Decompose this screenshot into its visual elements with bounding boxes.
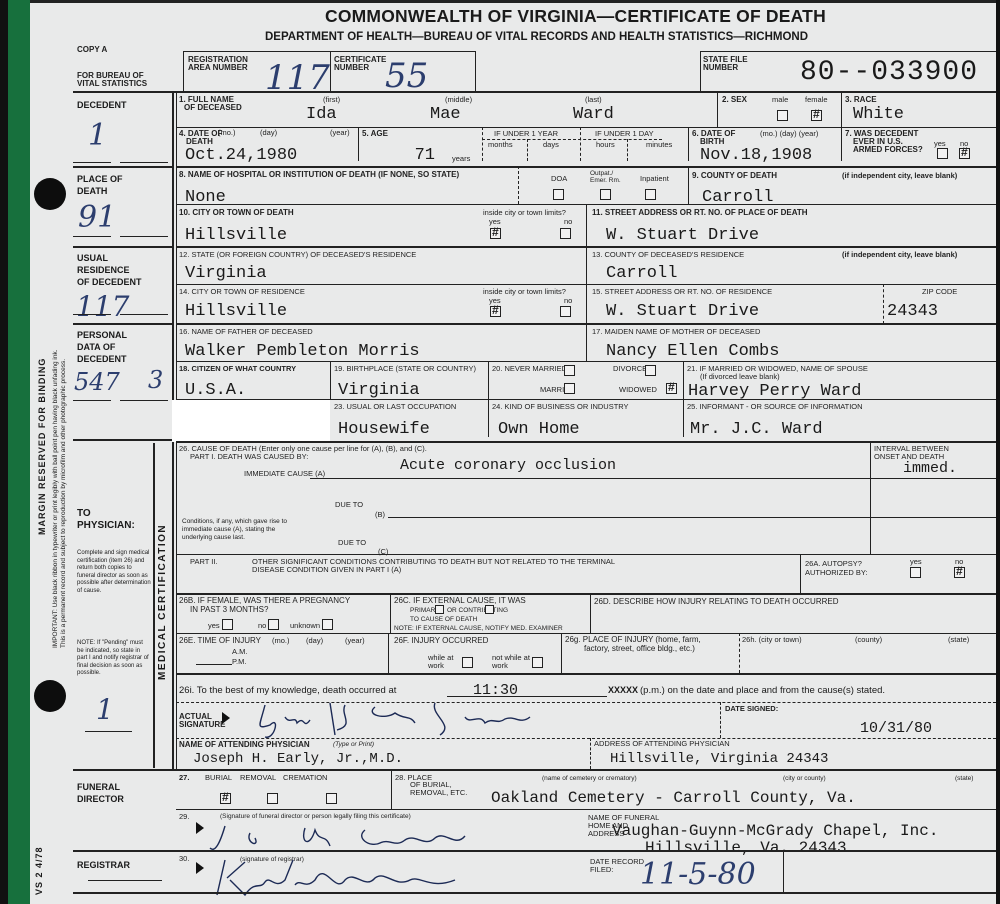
race-value: White [853, 105, 904, 124]
informant-label: 25. INFORMANT - OR SOURCE OF INFORMATION [687, 403, 863, 411]
birthplace-value: Virginia [338, 381, 420, 400]
physician-address: Hillsville, Virginia 24343 [610, 751, 828, 767]
certificate-number-label-2: NUMBER [334, 63, 369, 72]
residence-street-label: 15. STREET ADDRESS OR RT. NO. OF RESIDEN… [592, 288, 772, 296]
important-notice-1: IMPORTANT: Use black ribbon in typewrite… [52, 349, 59, 648]
injury-day-label: (day) [306, 637, 323, 645]
married-checkbox[interactable] [564, 383, 575, 394]
certificate-subtitle: DEPARTMENT OF HEALTH—BUREAU OF VITAL REC… [265, 31, 808, 43]
director-sig-num: 29. [179, 813, 189, 821]
primary-checkbox[interactable] [435, 605, 444, 614]
death-limits-label: inside city or town limits? [483, 209, 566, 217]
race-label: 3. RACE [845, 95, 877, 104]
cemetery-note: (name of cemetery or crematory) [542, 775, 637, 783]
days-label: days [543, 141, 559, 149]
section-usual-residence-3: OF DECEDENT [77, 276, 142, 288]
city-of-death-label: 10. CITY OR TOWN OF DEATH [179, 208, 294, 217]
section-funeral-director: FUNERAL [77, 781, 120, 793]
residence-state-label: 12. STATE (OR FOREIGN COUNTRY) OF DECEAS… [179, 251, 416, 259]
section-usual-residence: USUAL [77, 252, 108, 264]
physician-instructions: Complete and sign medical certification … [77, 550, 151, 595]
registrar-arrow-icon [196, 862, 204, 874]
part2-text-2: DISEASE CONDITION GIVEN IN PART I (A) [252, 566, 401, 574]
immediate-cause-label: IMMEDIATE CAUSE (A) [244, 470, 325, 478]
scan-edge [0, 0, 8, 904]
residence-limits-yes-checkbox[interactable] [490, 306, 501, 317]
pregnancy-unknown-checkbox[interactable] [322, 619, 333, 630]
residence-state: Virginia [185, 264, 267, 283]
place-of-injury-label: 26g. PLACE OF INJURY (home, farm, [565, 636, 701, 644]
state-note: (state) [955, 775, 973, 783]
residence-county-note: (if independent city, leave blank) [842, 251, 957, 259]
widowed-label: WIDOWED [619, 386, 657, 394]
section-decedent: DECEDENT [77, 99, 127, 111]
autopsy-no-checkbox[interactable] [954, 567, 965, 578]
registrar-num: 30. [179, 855, 189, 863]
occupation-label: 23. USUAL OR LAST OCCUPATION [334, 403, 456, 411]
removal-checkbox[interactable] [267, 793, 278, 804]
autopsy-authorized-label: AUTHORIZED BY: [805, 569, 868, 577]
doa-checkbox[interactable] [553, 189, 564, 200]
middle-name: Mae [430, 105, 461, 124]
ssn-redaction [172, 400, 330, 442]
occupation-value: Housewife [338, 420, 430, 439]
date-of-death-label-2: DEATH [186, 137, 213, 146]
personal-code-b: 3 [148, 366, 163, 394]
director-arrow-icon [196, 822, 204, 834]
minutes-label: minutes [646, 141, 672, 149]
pregnancy-yes-label: yes [208, 622, 220, 630]
external-note: NOTE: IF EXTERNAL CAUSE, NOTIFY MED. EXA… [394, 625, 563, 633]
section-funeral-director-2: DIRECTOR [77, 793, 124, 805]
place-of-injury-label-2: factory, street, office bldg., etc.) [584, 645, 695, 653]
part1-label: PART I. DEATH WAS CAUSED BY: [190, 453, 308, 461]
state-file-label-2: NUMBER [703, 63, 738, 72]
due-to-c-label: DUE TO [338, 539, 366, 547]
middle-name-label: (middle) [445, 96, 472, 104]
burial-place: Oakland Cemetery - Carroll County, Va. [491, 789, 856, 807]
first-name-label: (first) [323, 96, 340, 104]
zip-label: ZIP CODE [922, 288, 957, 296]
section-usual-residence-2: RESIDENCE [77, 264, 130, 276]
am-label: A.M. [232, 648, 247, 656]
conditions-note: Conditions, if any, which gave rise to i… [182, 518, 292, 542]
residence-code: 117 [76, 290, 129, 323]
certificate-title: COMMONWEALTH OF VIRGINIA—CERTIFICATE OF … [325, 6, 826, 27]
business-value: Own Home [498, 420, 580, 439]
citizen-value: U.S.A. [185, 381, 246, 400]
dod-day-label: (day) [260, 129, 277, 137]
never-married-checkbox[interactable] [564, 365, 575, 376]
pregnancy-yes-checkbox[interactable] [222, 619, 233, 630]
death-certificate: COMMONWEALTH OF VIRGINIA—CERTIFICATE OF … [0, 0, 1000, 904]
personal-code-a: 547 [74, 368, 120, 396]
injury-year-label: (year) [345, 637, 365, 645]
residence-limits-no-label: no [564, 297, 572, 305]
mother-label: 17. MAIDEN NAME OF MOTHER OF DECEASED [592, 328, 760, 336]
decedent-code: 1 [88, 118, 107, 153]
outpatient-label: Outpat./ Emer. Rm. [590, 170, 630, 184]
interval-a-value: immed. [903, 460, 957, 477]
cremation-checkbox[interactable] [326, 793, 337, 804]
to-physician-label: TO [77, 508, 91, 520]
physician-signature [235, 695, 635, 740]
date-filed-label-2: FILED: [590, 866, 613, 874]
dod-year-label: (year) [330, 129, 350, 137]
street-of-death: W. Stuart Drive [606, 226, 759, 245]
actual-signature-label-2: SIGNATURE [179, 720, 226, 729]
armed-forces-yes-checkbox[interactable] [937, 148, 948, 159]
pending-note: NOTE: If "Pending" must be indicated, so… [77, 640, 151, 678]
citizen-label: 18. CITIZEN OF WHAT COUNTRY [179, 365, 296, 373]
date-of-birth-label-2: BIRTH [700, 137, 724, 146]
city-county-note: (city or county) [783, 775, 826, 783]
mother-name: Nancy Ellen Combs [606, 342, 779, 361]
injury-state-label: (state) [948, 636, 969, 644]
months-label: months [488, 141, 513, 149]
signature-arrow-icon [222, 712, 230, 724]
date-of-birth: Nov.18,1908 [700, 146, 812, 165]
residence-city: Hillsville [185, 302, 287, 321]
armed-forces-label-3: ARMED FORCES? [853, 145, 923, 154]
scan-edge-right [996, 0, 1000, 904]
residence-limits-no-checkbox[interactable] [560, 306, 571, 317]
county-of-death-label: 9. COUNTY OF DEATH [692, 171, 777, 180]
punch-hole-top [34, 178, 66, 210]
informant-value: Mr. J.C. Ward [690, 420, 823, 439]
years-label: years [452, 155, 470, 163]
section-personal-data-2: DATA OF [77, 341, 115, 353]
death-limits-no-checkbox[interactable] [560, 228, 571, 239]
part2-label: PART II. [190, 558, 218, 566]
describe-injury-label: 26d. DESCRIBE HOW INJURY RELATING TO DEA… [594, 598, 838, 606]
external-cause-label: 26c. IF EXTERNAL CAUSE, IT WAS [394, 597, 526, 605]
form-code: VS 2 4/78 [34, 846, 44, 895]
hospital-label: 8. NAME OF HOSPITAL OR INSTITUTION OF DE… [179, 170, 459, 179]
dob-units-label: (mo.) (day) (year) [760, 130, 818, 138]
male-label: male [772, 96, 788, 104]
residence-county-label: 13. COUNTY OF DECEASED'S RESIDENCE [592, 251, 744, 259]
section-registrar: REGISTRAR [77, 859, 130, 871]
place-burial-label-3: REMOVAL, ETC. [410, 789, 467, 797]
vital-stats-label: VITAL STATISTICS [77, 79, 147, 88]
top-edge [0, 0, 1000, 3]
section-place-of-death-2: DEATH [77, 185, 107, 197]
last-name-label: (last) [585, 96, 602, 104]
place-code: 91 [78, 200, 116, 235]
funeral-home-name: Vaughan-Guynn-McGrady Chapel, Inc. [612, 822, 938, 840]
under-1-year-label: IF UNDER 1 YEAR [494, 130, 558, 138]
outpatient-checkbox[interactable] [600, 189, 611, 200]
not-while-at-work-checkbox[interactable] [532, 657, 543, 668]
time-of-injury-label: 26e. TIME OF INJURY [179, 637, 261, 645]
physician-name-label: NAME OF ATTENDING PHYSICIAN [179, 740, 310, 749]
pregnancy-label-2: IN PAST 3 MONTHS? [190, 606, 268, 614]
physician-code: 1 [96, 693, 114, 726]
physician-name: Joseph H. Early, Jr.,M.D. [193, 751, 403, 767]
doa-label: DOA [551, 175, 567, 183]
hours-label: hours [596, 141, 615, 149]
city-of-death: Hillsville [185, 226, 287, 245]
section-personal-data: PERSONAL [77, 329, 127, 341]
autopsy-yes-label: yes [910, 558, 922, 566]
age-label: 5. AGE [362, 129, 388, 138]
section-personal-data-3: DECEDENT [77, 353, 127, 365]
pregnancy-no-checkbox[interactable] [268, 619, 279, 630]
injury-county-label: (county) [855, 636, 882, 644]
injury-occurred-label: 26f. INJURY OCCURRED [394, 637, 488, 645]
pm-statement: (p.m.) on the date and place and from th… [640, 685, 885, 696]
widowed-checkbox[interactable] [666, 383, 677, 394]
funeral-home-address: Hillsville, Va. 24343 [645, 839, 847, 857]
sex-male-checkbox[interactable] [777, 110, 788, 121]
physician-address-label: ADDRESS OF ATTENDING PHYSICIAN [594, 740, 730, 748]
medical-certification-label: MEDICAL CERTIFICATION [157, 524, 168, 680]
not-while-at-work-label: not while at work [492, 654, 532, 670]
county-note: (if independent city, leave blank) [842, 172, 957, 180]
last-name: Ward [573, 105, 614, 124]
contributing-checkbox[interactable] [485, 605, 494, 614]
important-notice-2: This is a permanent record and subject t… [60, 359, 67, 648]
section-place-of-death: PLACE OF [77, 173, 123, 185]
inpatient-label: Inpatient [640, 175, 669, 183]
removal-label: REMOVAL [240, 774, 276, 782]
street-of-death-label: 11. STREET ADDRESS OR RT. NO. OF PLACE O… [592, 208, 808, 217]
copy-label: COPY A [77, 45, 107, 54]
full-name-label-2: OF DECEASED [184, 103, 242, 112]
under-1-day-label: IF UNDER 1 DAY [595, 130, 654, 138]
burial-label: BURIAL [205, 774, 232, 782]
zip-code: 24343 [887, 302, 938, 321]
female-label: female [805, 96, 828, 104]
death-limits-no-label: no [564, 218, 572, 226]
injury-city-label: 26h. (city or town) [742, 636, 802, 644]
cremation-label: CREMATION [283, 774, 327, 782]
struck-am: XXXXX [608, 685, 638, 695]
type-print-label: (Type or Print) [333, 741, 374, 749]
registration-label-2: AREA NUMBER [188, 63, 248, 72]
date-signed: 10/31/80 [860, 720, 932, 737]
to-physician-label-2: PHYSICIAN: [77, 520, 135, 532]
date-signed-label: DATE SIGNED: [725, 705, 778, 713]
date-filed: 11-5-80 [640, 857, 756, 892]
green-binding-stripe [8, 0, 30, 904]
punch-hole-bottom [34, 680, 66, 712]
residence-limits-label: inside city or town limits? [483, 288, 566, 296]
pregnancy-unknown-label: unknown [290, 622, 320, 630]
date-of-death: Oct.24,1980 [185, 146, 297, 165]
birthplace-label: 19. BIRTHPLACE (state or country) [334, 365, 476, 373]
never-married-label: 20. NEVER MARRIED [492, 365, 567, 373]
while-at-work-label: while at work [428, 654, 458, 670]
certificate-number: 55 [385, 56, 428, 96]
residence-street: W. Stuart Drive [606, 302, 759, 321]
due-to-b-label: DUE TO [335, 501, 363, 509]
state-file-number: 80--033900 [800, 57, 978, 88]
to-cause-label: TO CAUSE OF DEATH [410, 616, 477, 624]
dod-mo-label: (mo.) [218, 129, 236, 137]
while-at-work-checkbox[interactable] [462, 657, 473, 668]
sex-female-checkbox[interactable] [811, 110, 822, 121]
armed-yes-label: yes [934, 140, 946, 148]
spouse-note: (If divorced leave blank) [700, 373, 780, 381]
injury-mo-label: (mo.) [272, 637, 290, 645]
cause-a-value: Acute coronary occlusion [400, 457, 616, 474]
father-name: Walker Pembleton Morris [185, 342, 420, 361]
armed-forces-no-checkbox[interactable] [959, 148, 970, 159]
pm-label: P.M. [232, 658, 246, 666]
residence-city-label: 14. CITY OR TOWN OF RESIDENCE [179, 288, 305, 296]
contributing-label: or CONTRIBUTING [447, 607, 508, 615]
margin-reserved-label: MARGIN RESERVED FOR BINDING [37, 358, 47, 535]
burial-checkbox[interactable] [220, 793, 231, 804]
residence-county: Carroll [606, 264, 677, 283]
autopsy-yes-checkbox[interactable] [910, 567, 921, 578]
b-label: (B) [375, 511, 385, 519]
disposition-num: 27. [179, 774, 189, 782]
inpatient-checkbox[interactable] [645, 189, 656, 200]
death-limits-yes-checkbox[interactable] [490, 228, 501, 239]
first-name: Ida [306, 105, 337, 124]
autopsy-label: 26a. AUTOPSY? [805, 560, 862, 568]
sex-label: 2. SEX [722, 95, 747, 104]
business-label: 24. KIND OF BUSINESS OR INDUSTRY [492, 403, 629, 411]
pregnancy-no-label: no [258, 622, 266, 630]
father-label: 16. NAME OF FATHER OF DECEASED [179, 328, 313, 336]
divorced-checkbox[interactable] [645, 365, 656, 376]
pregnancy-label: 26b. IF FEMALE, WAS THERE A PREGNANCY [179, 597, 350, 605]
